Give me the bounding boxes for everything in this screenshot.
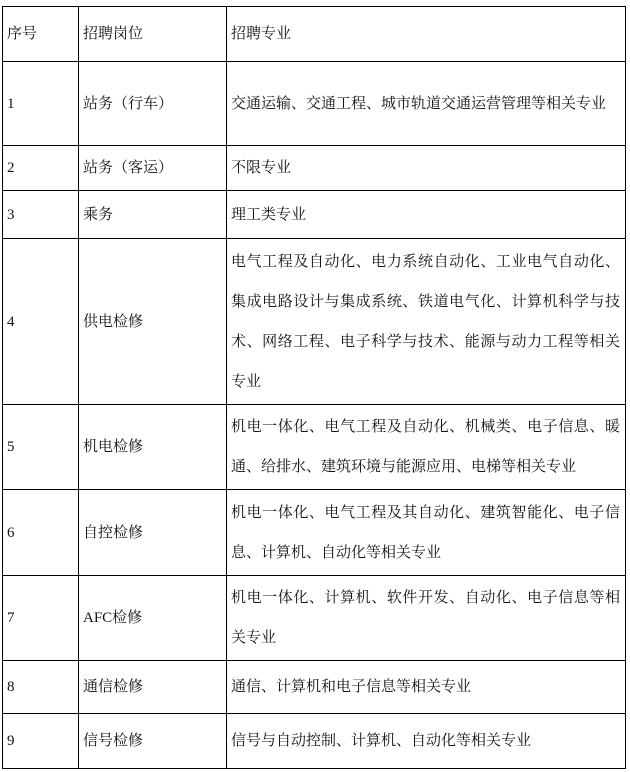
- cell-position: 通信检修: [79, 661, 227, 714]
- cell-row-number: 1: [3, 62, 79, 146]
- table-row: 5 机电检修 机电一体化、电气工程及自动化、机械类、电子信息、暖通、给排水、建筑…: [3, 405, 626, 490]
- cell-row-number: 3: [3, 191, 79, 239]
- table-row: 4 供电检修 电气工程及自动化、电力系统自动化、工业电气自动化、集成电路设计与集…: [3, 239, 626, 405]
- table-row: 3 乘务 理工类专业: [3, 191, 626, 239]
- cell-position: 机电检修: [79, 405, 227, 490]
- cell-major: 机电一体化、电气工程及自动化、机械类、电子信息、暖通、给排水、建筑环境与能源应用…: [227, 405, 626, 490]
- cell-position: AFC检修: [79, 576, 227, 661]
- cell-position: 乘务: [79, 191, 227, 239]
- cell-major: 交通运输、交通工程、城市轨道交通运营管理等相关专业: [227, 62, 626, 146]
- cell-major: 机电一体化、电气工程及其自动化、建筑智能化、电子信息、计算机、自动化等相关专业: [227, 490, 626, 576]
- cell-row-number: 8: [3, 661, 79, 714]
- header-cell-index: 序号: [3, 7, 79, 62]
- cell-row-number: 5: [3, 405, 79, 490]
- cell-position: 站务（客运）: [79, 146, 227, 191]
- cell-row-number: 2: [3, 146, 79, 191]
- table-row: 1 站务（行车） 交通运输、交通工程、城市轨道交通运营管理等相关专业: [3, 62, 626, 146]
- header-cell-position: 招聘岗位: [79, 7, 227, 62]
- header-cell-major: 招聘专业: [227, 7, 626, 62]
- cell-major: 理工类专业: [227, 191, 626, 239]
- cell-position: 信号检修: [79, 714, 227, 769]
- cell-major: 机电一体化、计算机、软件开发、自动化、电子信息等相关专业: [227, 576, 626, 661]
- table-row: 6 自控检修 机电一体化、电气工程及其自动化、建筑智能化、电子信息、计算机、自动…: [3, 490, 626, 576]
- cell-major: 不限专业: [227, 146, 626, 191]
- table-row: 7 AFC检修 机电一体化、计算机、软件开发、自动化、电子信息等相关专业: [3, 576, 626, 661]
- cell-major: 电气工程及自动化、电力系统自动化、工业电气自动化、集成电路设计与集成系统、铁道电…: [227, 239, 626, 405]
- cell-row-number: 6: [3, 490, 79, 576]
- header-row: 序号 招聘岗位 招聘专业: [3, 7, 626, 62]
- recruitment-positions-table: 序号 招聘岗位 招聘专业 1 站务（行车） 交通运输、交通工程、城市轨道交通运营…: [2, 6, 626, 769]
- cell-position: 站务（行车）: [79, 62, 227, 146]
- cell-row-number: 7: [3, 576, 79, 661]
- table-row: 8 通信检修 通信、计算机和电子信息等相关专业: [3, 661, 626, 714]
- table-row: 2 站务（客运） 不限专业: [3, 146, 626, 191]
- cell-position: 自控检修: [79, 490, 227, 576]
- cell-position: 供电检修: [79, 239, 227, 405]
- cell-major: 信号与自动控制、计算机、自动化等相关专业: [227, 714, 626, 769]
- cell-major: 通信、计算机和电子信息等相关专业: [227, 661, 626, 714]
- document-page: 序号 招聘岗位 招聘专业 1 站务（行车） 交通运输、交通工程、城市轨道交通运营…: [0, 0, 630, 772]
- cell-row-number: 4: [3, 239, 79, 405]
- cell-row-number: 9: [3, 714, 79, 769]
- table-row: 9 信号检修 信号与自动控制、计算机、自动化等相关专业: [3, 714, 626, 769]
